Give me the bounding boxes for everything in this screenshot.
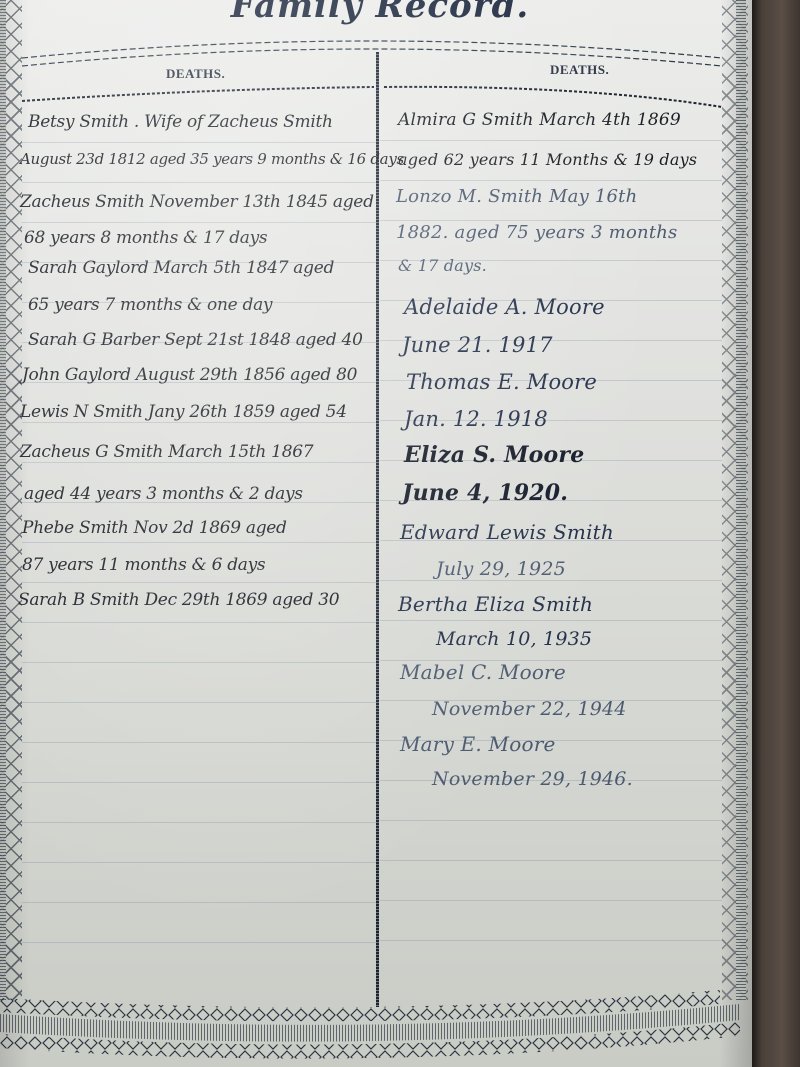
- entry-mary-e-moore-date: November 29, 1946.: [432, 768, 633, 790]
- book-binding: [752, 0, 800, 1067]
- entry-zacheus-smith-line1: Zacheus Smith November 13th 1845 aged: [20, 192, 374, 212]
- entry-almira-g-smith-line2: aged 62 years 11 Months & 19 days: [398, 150, 697, 169]
- entry-mabel-c-moore-date: November 22, 1944: [432, 698, 627, 720]
- entry-betsy-smith-line1: Betsy Smith . Wife of Zacheus Smith: [28, 112, 333, 132]
- register-page: Family Record. DEATHS. DEATHS.: [0, 0, 752, 1067]
- entry-zacheus-g-smith-line2: aged 44 years 3 months & 2 days: [24, 484, 303, 504]
- entry-adelaide-a-moore-name: Adelaide A. Moore: [404, 295, 605, 319]
- entry-edward-lewis-smith-date: July 29, 1925: [436, 558, 566, 580]
- header-underline-chain: [22, 55, 722, 115]
- entry-thomas-e-moore-date: Jan. 12. 1918: [404, 407, 548, 431]
- entry-sarah-b-smith: Sarah B Smith Dec 29th 1869 aged 30: [18, 590, 339, 610]
- entry-adelaide-a-moore-date: June 21. 1917: [402, 333, 553, 357]
- binding-stamp: [778, 170, 792, 230]
- right-column-header: DEATHS.: [550, 62, 609, 78]
- entry-lonzo-m-smith-line1: Lonzo M. Smith May 16th: [396, 186, 637, 207]
- entry-zacheus-g-smith-line1: Zacheus G Smith March 15th 1867: [20, 442, 313, 462]
- entry-bertha-eliza-smith-date: March 10, 1935: [436, 628, 592, 650]
- column-divider: [376, 52, 379, 1007]
- entry-lewis-n-smith: Lewis N Smith Jany 26th 1859 aged 54: [20, 402, 347, 422]
- entry-mary-e-moore-name: Mary E. Moore: [400, 732, 556, 756]
- right-border-band: [736, 0, 746, 1000]
- entry-phebe-smith-line2: 87 years 11 months & 6 days: [22, 555, 265, 575]
- entry-sarah-g-barber: Sarah G Barber Sept 21st 1848 aged 40: [28, 330, 363, 350]
- entry-bertha-eliza-smith-name: Bertha Eliza Smith: [398, 592, 593, 616]
- entry-sarah-gaylord-line2: 65 years 7 months & one day: [28, 295, 272, 315]
- entry-thomas-e-moore-name: Thomas E. Moore: [406, 370, 597, 394]
- entry-eliza-s-moore-name: Eliza S. Moore: [404, 442, 584, 468]
- left-border-band: [0, 0, 6, 1000]
- entry-lonzo-m-smith-line2: 1882. aged 75 years 3 months: [396, 222, 677, 243]
- entry-lonzo-m-smith-line3: & 17 days.: [398, 256, 487, 275]
- entry-mabel-c-moore-name: Mabel C. Moore: [400, 660, 566, 684]
- entry-john-gaylord: John Gaylord August 29th 1856 aged 80: [22, 365, 357, 385]
- entry-edward-lewis-smith-name: Edward Lewis Smith: [400, 520, 614, 544]
- entry-betsy-smith-line2: August 23d 1812 aged 35 years 9 months &…: [20, 150, 404, 168]
- entry-almira-g-smith-line1: Almira G Smith March 4th 1869: [398, 110, 681, 130]
- left-column-header: DEATHS.: [166, 66, 225, 82]
- bottom-ornamental-border: [0, 980, 752, 1067]
- entry-sarah-gaylord-line1: Sarah Gaylord March 5th 1847 aged: [28, 258, 334, 278]
- entry-eliza-s-moore-date: June 4, 1920.: [402, 480, 568, 506]
- page-title: Family Record.: [200, 0, 560, 26]
- entry-phebe-smith-line1: Phebe Smith Nov 2d 1869 aged: [22, 518, 287, 538]
- entry-zacheus-smith-line2: 68 years 8 months & 17 days: [24, 228, 267, 248]
